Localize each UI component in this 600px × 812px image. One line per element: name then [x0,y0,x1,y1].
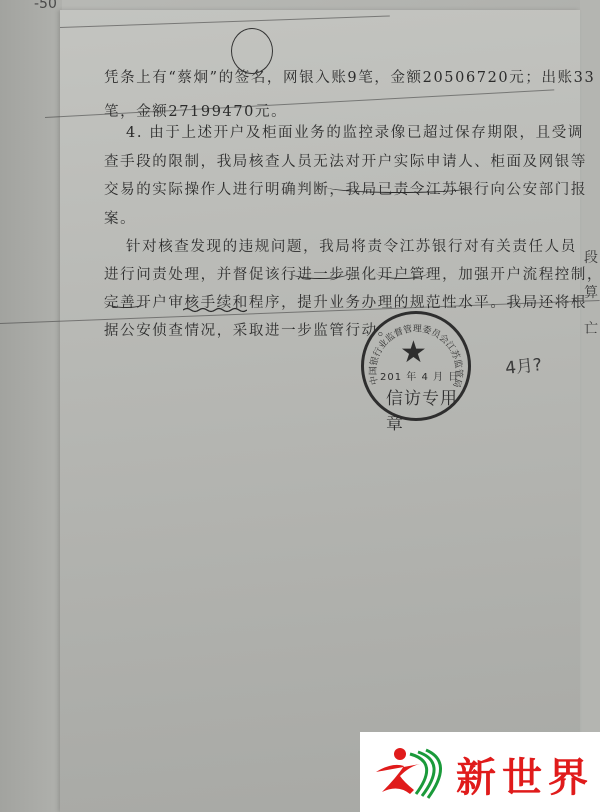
star-icon: ★ [400,338,427,368]
seal-title: 信访专用章 [386,384,468,434]
text-line: 完善开户审核手续和程序，提升业务办理的规范性水平。我局还将根 [104,291,587,312]
text-line: 据公安侦查情况，采取进一步监管行动。 [104,319,394,340]
handwritten-note: 4月? [504,350,543,379]
brand-text: 新世界 [456,746,594,803]
squiggle-underline [183,307,247,313]
seal-date: 201 年 4 月 日 [380,368,459,383]
text-line: 查手段的限制，我局核查人员无法对开户实际申请人、柜面及网银等 [104,150,587,171]
runner-logo-icon [370,744,446,800]
text-line: 进行问责处理，并督促该行进一步强化开户管理，加强开户流程控制， [104,263,600,284]
official-seal: 中国银行业监督管理委员会江苏监管局 ★ 201 年 4 月 日 信访专用章 [361,311,471,421]
handwritten-underline [104,295,148,308]
handwritten-underline [325,180,475,193]
right-page-char: 亡 [584,318,598,338]
left-page-number: -50 [34,0,57,12]
watermark-logo: 新世界 [360,732,600,812]
text-line: 案。 [104,207,136,228]
text-line: 针对核查发现的违规问题，我局将责令江苏银行对有关责任人员 [126,235,577,256]
text-line: 4. 由于上述开户及柜面业务的监控录像已超过保存期限，且受调 [126,121,584,142]
text-line: 笔，金额27199470元。 [104,100,287,121]
handwritten-underline [290,266,350,279]
text-line: 凭条上有“蔡炯”的签名，网银入账9笔，金额20506720元；出账33 [104,66,595,87]
adjacent-left-page: -50 [0,0,62,812]
circled-mark [231,28,273,74]
handwritten-underline [376,266,428,279]
